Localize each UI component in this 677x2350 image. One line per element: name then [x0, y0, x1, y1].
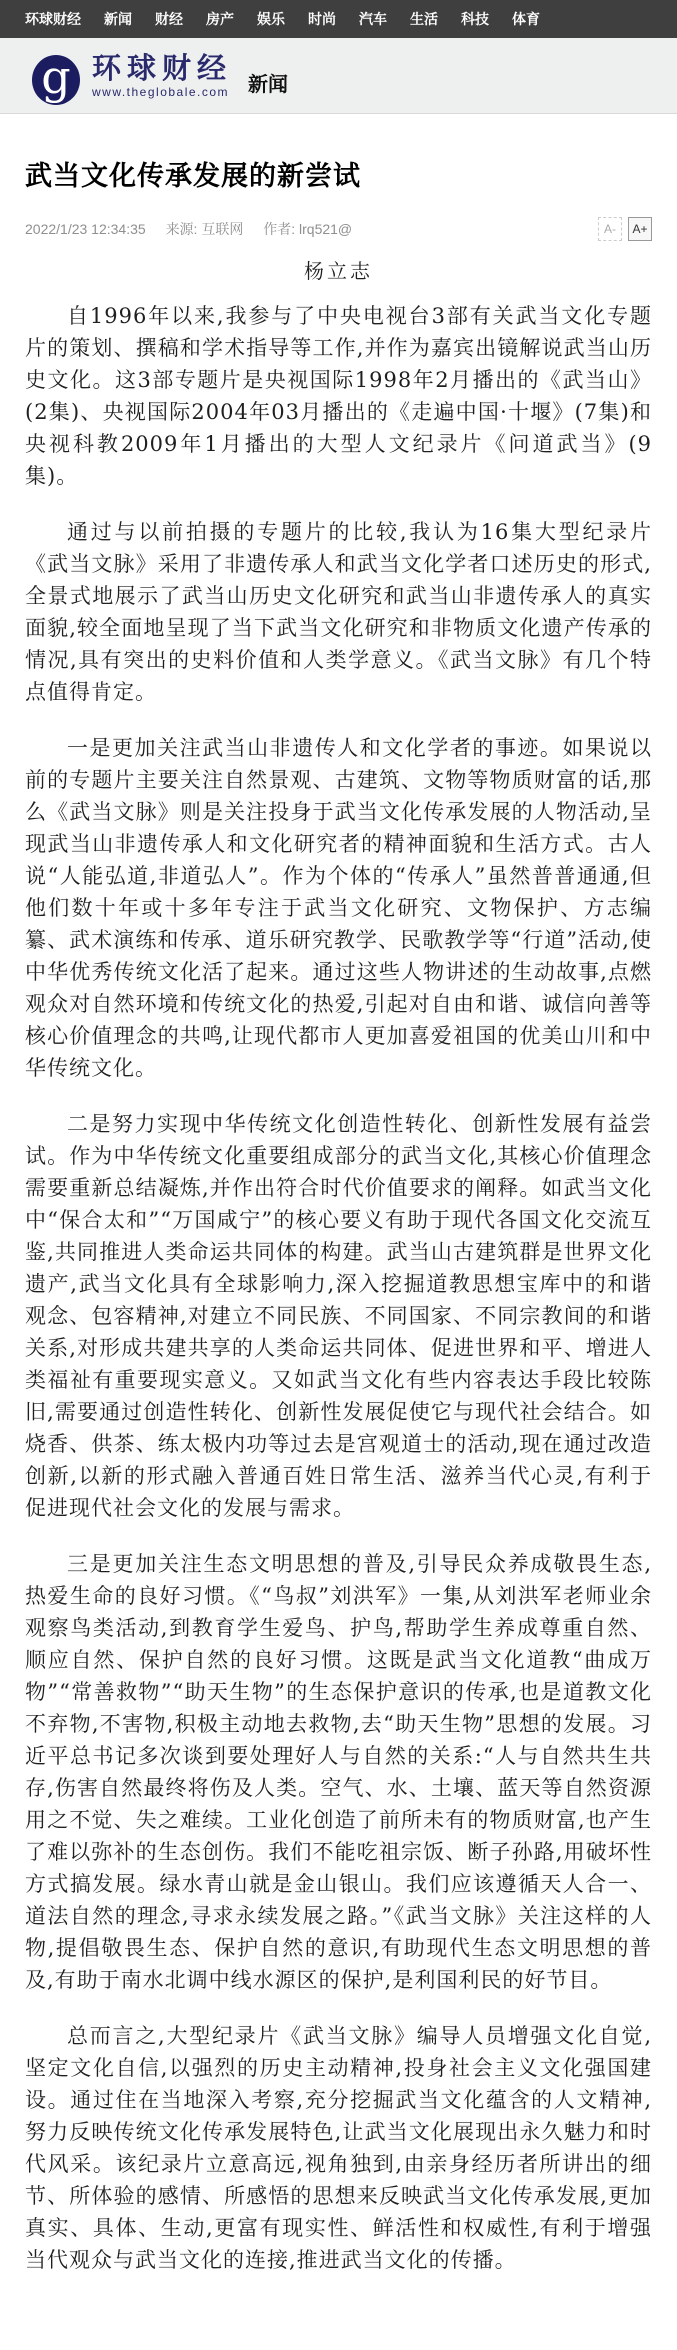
nav-item-auto[interactable]: 汽车 — [359, 9, 387, 29]
article-body: 自1996年以来,我参与了中央电视台3部有关武当文化专题片的策划、撰稿和学术指导… — [25, 300, 652, 2276]
font-larger-button[interactable]: A+ — [628, 217, 652, 241]
site-name: 环球财经 — [92, 53, 232, 85]
site-url: www.theglobale.com — [92, 85, 232, 99]
nav-item-home[interactable]: 环球财经 — [25, 9, 81, 29]
article-paragraph: 总而言之,大型纪录片《武当文脉》编导人员增强文化自觉,坚定文化自信,以强烈的历史… — [25, 2020, 652, 2276]
article-paragraph: 二是努力实现中华传统文化创造性转化、创新性发展有益尝试。作为中华传统文化重要组成… — [25, 1108, 652, 1524]
nav-item-tech[interactable]: 科技 — [461, 9, 489, 29]
article: 武当文化传承发展的新尝试 2022/1/23 12:34:35 来源: 互联网 … — [0, 114, 677, 2350]
article-meta: 2022/1/23 12:34:35 来源: 互联网 作者: lrq521@ — [25, 219, 368, 239]
section-label: 新闻 — [248, 68, 288, 97]
article-author: 作者: lrq521@ — [263, 221, 352, 237]
article-source: 来源: 互联网 — [166, 221, 244, 237]
article-title: 武当文化传承发展的新尝试 — [25, 154, 652, 193]
site-logo[interactable]: g 环球财经 www.theglobale.com — [32, 47, 232, 105]
article-paragraph: 三是更加关注生态文明思想的普及,引导民众养成敬畏生态,热爱生命的良好习惯。《“鸟… — [25, 1548, 652, 1996]
nav-item-sports[interactable]: 体育 — [512, 9, 540, 29]
logo-text: 环球财经 www.theglobale.com — [92, 53, 232, 99]
article-byline: 杨立志 — [25, 255, 652, 284]
article-meta-row: 2022/1/23 12:34:35 来源: 互联网 作者: lrq521@ A… — [25, 217, 652, 241]
nav-item-fashion[interactable]: 时尚 — [308, 9, 336, 29]
article-paragraph: 通过与以前拍摄的专题片的比较,我认为16集大型纪录片《武当文脉》采用了非遗传承人… — [25, 516, 652, 708]
article-paragraph: 自1996年以来,我参与了中央电视台3部有关武当文化专题片的策划、撰稿和学术指导… — [25, 300, 652, 492]
article-paragraph: 一是更加关注武当山非遗传人和文化学者的事迹。如果说以前的专题片主要关注自然景观、… — [25, 732, 652, 1084]
logo-letter: g — [41, 55, 70, 104]
nav-item-life[interactable]: 生活 — [410, 9, 438, 29]
top-nav: 环球财经 新闻 财经 房产 娱乐 时尚 汽车 生活 科技 体育 — [0, 0, 677, 38]
nav-item-property[interactable]: 房产 — [206, 9, 234, 29]
logo-g-icon: g — [32, 55, 80, 105]
page: 环球财经 新闻 财经 房产 娱乐 时尚 汽车 生活 科技 体育 g 环球财经 w… — [0, 0, 677, 2350]
site-header: g 环球财经 www.theglobale.com 新闻 — [0, 38, 677, 114]
nav-item-news[interactable]: 新闻 — [104, 9, 132, 29]
font-smaller-button[interactable]: A- — [598, 217, 622, 241]
font-size-controls: A- A+ — [598, 217, 652, 241]
nav-item-entertainment[interactable]: 娱乐 — [257, 9, 285, 29]
nav-item-finance[interactable]: 财经 — [155, 9, 183, 29]
article-date: 2022/1/23 12:34:35 — [25, 221, 146, 237]
